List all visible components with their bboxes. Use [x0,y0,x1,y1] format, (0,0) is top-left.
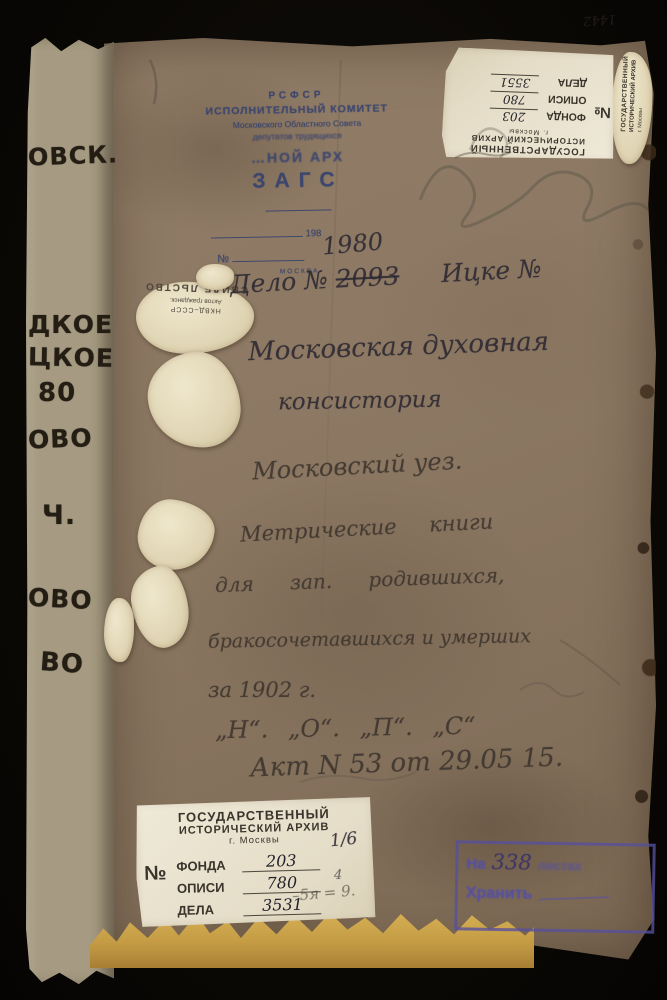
handwritten-corner-note: 1442 [583,11,617,28]
keep-label: Хранить [466,884,533,903]
handwritten-year: 1980 [321,227,384,260]
edge-label-text: ГОСУДАРСТВЕННЫЙ [620,56,630,132]
stamp-year-prefix: 198 [305,228,321,239]
edge-label-text: ИСТОРИЧЕСКИЙ АРХИВ [629,56,638,132]
fond-label: ФОНДА [538,109,586,123]
spine-text-fragment: ОВО [28,423,113,455]
spine-text-fragment: ОВСК. [28,141,113,172]
stamp-line: РСФСР [194,88,398,103]
spine-text-fragment: Ч. [42,500,126,531]
opis-label: ОПИСИ [538,92,586,106]
stamp-zags-title: ЗАГС [196,167,400,195]
spine-text-fragment: ДКОЕ [28,310,112,339]
torn-right-edge [620,42,656,962]
opis-label: ОПИСИ [177,879,243,896]
spine-text-fragment: ОВО [27,583,112,616]
archive-label-bottom: ГОСУДАРСТВЕННЫЙ ИСТОРИЧЕСКИЙ АРХИВ г. Мо… [134,797,375,927]
handwritten-year-range: за 1902 г. [208,678,316,702]
sheet-count-value: 338 [491,850,532,875]
fond-value: 203 [242,850,320,872]
count-suffix: листах [538,858,583,874]
handwritten-consistory-2: консистория [278,387,442,416]
sheet-count-stamp: На 338 листах Хранить [454,840,656,933]
delo-value: 3551 [491,74,539,91]
stamp-numero: № [217,253,229,265]
spine-text-fragment: ЦКОЕ [28,342,112,372]
certificate-line: НКВД–СССР [140,304,250,315]
opis-value: 780 [490,91,538,108]
small-note: 4 [334,868,342,883]
stamp-line: …НОЙ АРХ [195,147,399,167]
delo-number-struck: 2093 [335,261,400,293]
fond-value: 203 [490,108,538,125]
book-cover-photo: ОВСК. ДКОЕ ЦКОЕ 80 ОВО Ч. ОВО ВО РСФСР И… [0,0,667,1000]
numero-sign: № [136,852,172,919]
handwritten-letters: „Н“. „О“. „П“. „С“ [215,712,476,745]
delo-label: ДЕЛА [177,901,243,918]
delo-suffix: Ицке № [440,254,542,288]
delo-prefix: Дело № [229,265,328,299]
spine-text-fragment: 80 [38,378,122,408]
stamp-line: депутатов трудящихся [195,129,399,143]
edge-label-text: г. Москвы [637,56,646,132]
stamp-line: ИСПОЛНИТЕЛЬНЫЙ КОМИТЕТ [195,102,399,118]
torn-paper-patch [104,598,134,662]
numero-sign: № [591,77,616,129]
fond-label: ФОНДА [176,857,242,874]
archive-label-top: ГОСУДАРСТВЕННЫЙ ИСТОРИЧЕСКИЙ АРХИВ г. Мо… [441,47,617,163]
count-prefix: На [466,855,485,872]
delo-label: ДЕЛА [539,75,587,89]
fraction-note: 1/6 [329,829,358,852]
